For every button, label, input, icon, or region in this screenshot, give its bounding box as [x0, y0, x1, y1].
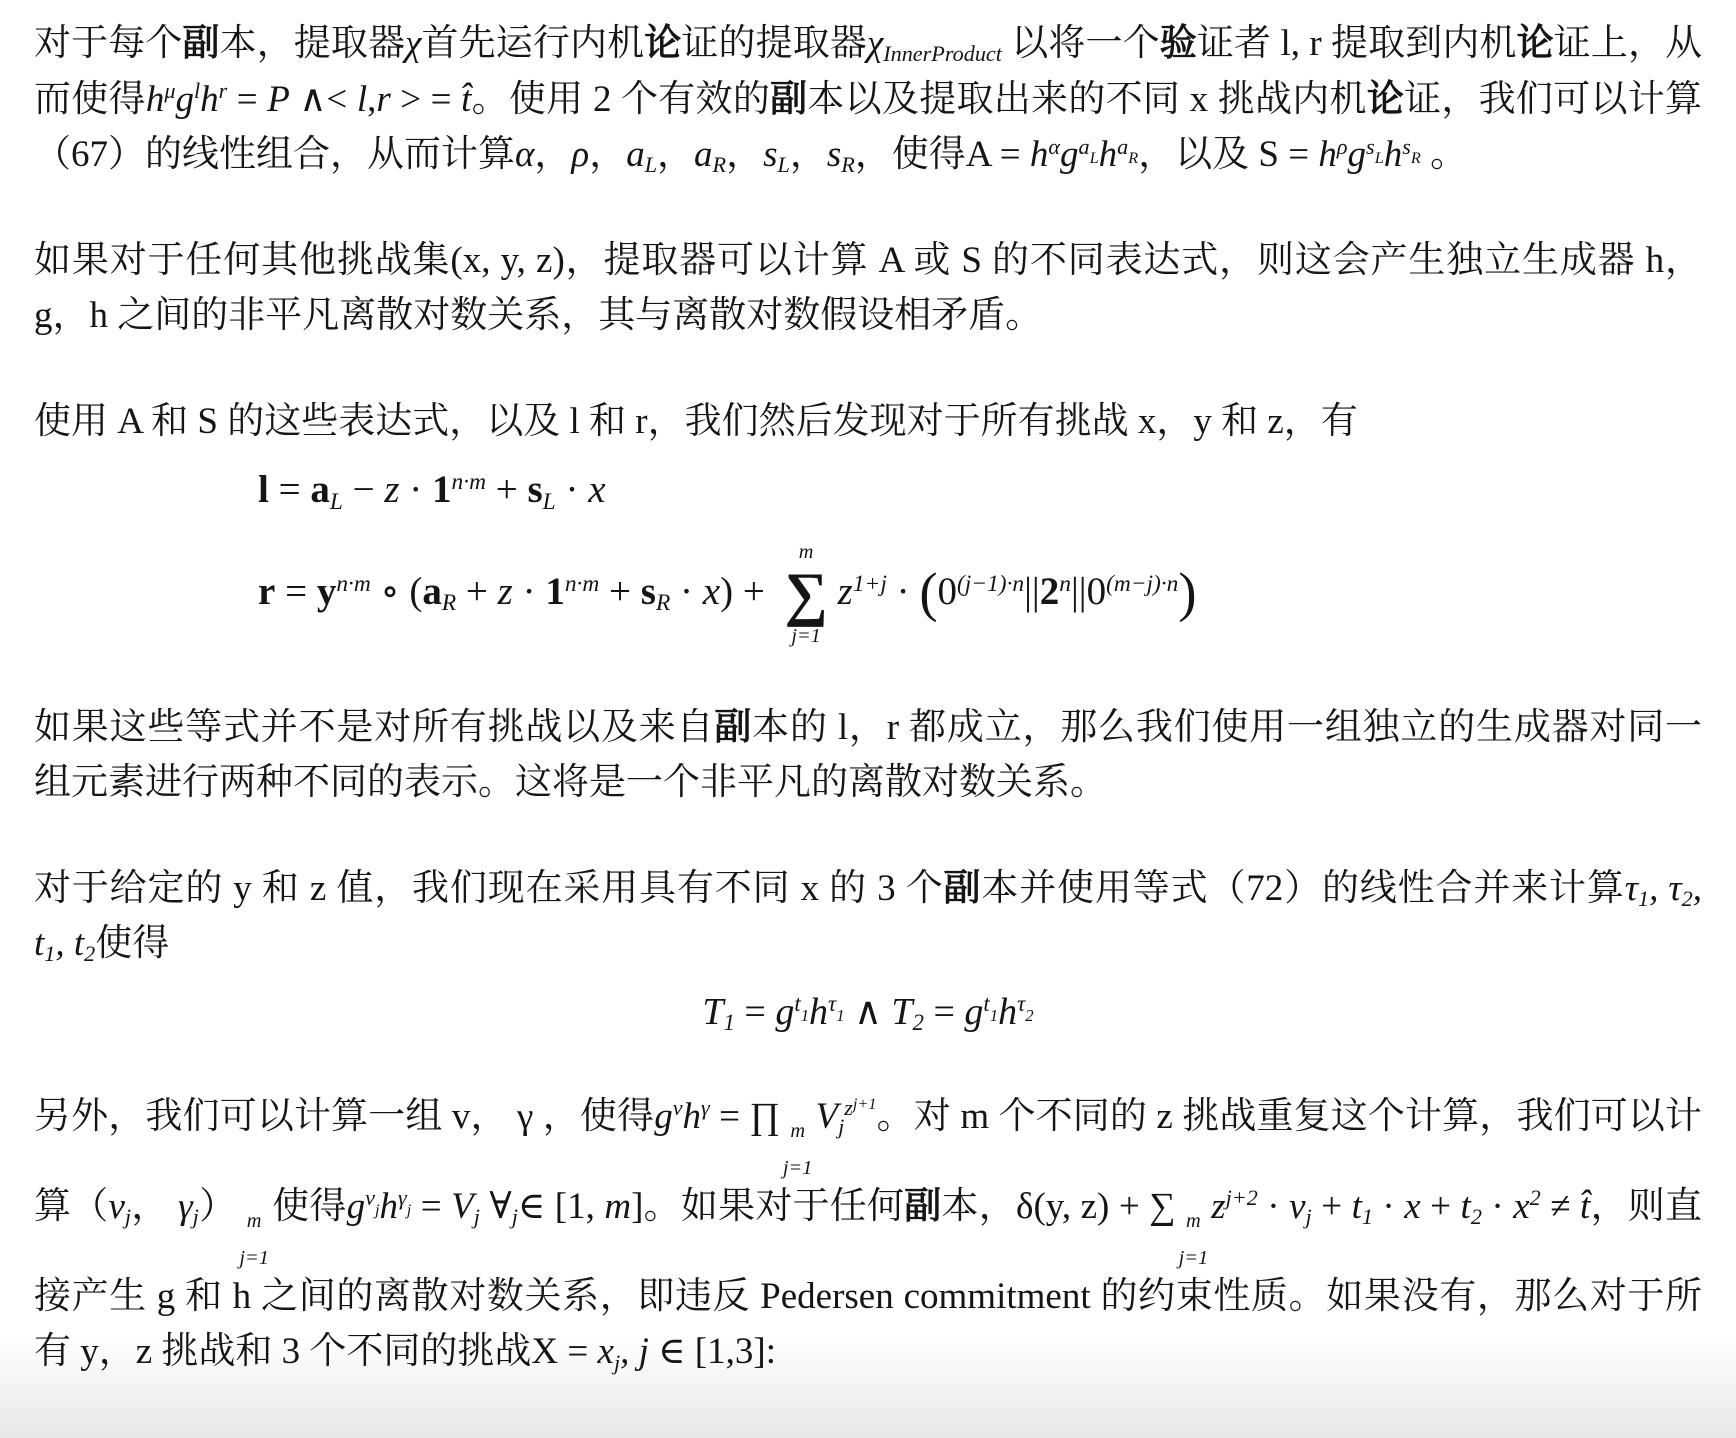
- text-segment: j: [375, 1200, 380, 1219]
- text-segment: a: [310, 468, 330, 511]
- text-segment: x: [598, 1331, 614, 1372]
- text-segment: (m−j)·n: [1106, 571, 1178, 597]
- equation-line-r: r = yn·m ∘ (aR + z · 1n·m + sR · x) + m∑…: [258, 542, 1702, 648]
- text-segment: g: [1060, 134, 1079, 175]
- text-segment: s: [827, 134, 841, 175]
- text-segment: x: [588, 468, 605, 511]
- text-segment: γ: [178, 1186, 193, 1227]
- text-segment: =: [227, 79, 267, 120]
- text-segment: h: [683, 1096, 702, 1137]
- text-segment: ·: [1482, 1186, 1513, 1227]
- text-segment: h: [809, 991, 828, 1033]
- text-segment: =: [411, 1186, 451, 1227]
- text-segment: j: [614, 1350, 620, 1375]
- text-segment: ρ: [1337, 134, 1348, 159]
- text-segment: h: [146, 79, 165, 120]
- text-segment: z: [844, 1095, 853, 1120]
- text-segment: 2: [1530, 1185, 1541, 1210]
- text-segment: L: [1090, 148, 1099, 167]
- text-segment: mj=1: [1179, 1211, 1209, 1269]
- text-segment: γ: [701, 1095, 710, 1120]
- text-segment: +: [1312, 1186, 1352, 1227]
- text-segment: L: [543, 489, 556, 515]
- text-segment: h: [200, 79, 219, 120]
- text-segment: ||0: [1071, 569, 1106, 612]
- text-segment: 1: [1362, 1204, 1373, 1229]
- text-segment: ，使得A =: [855, 134, 1030, 175]
- text-segment: j+2: [1226, 1185, 1258, 1210]
- text-segment: v: [673, 1095, 683, 1120]
- text-segment: ∧: [845, 991, 892, 1033]
- text-segment: j: [474, 1204, 480, 1229]
- text-segment: +: [456, 569, 498, 612]
- text-segment: ）: [199, 1186, 236, 1227]
- text-segment: 证的提取器: [681, 23, 867, 64]
- supsub-bottom: j=1: [239, 1248, 269, 1268]
- paragraph-expressions-intro: 使用 A 和 S 的这些表达式，以及 l 和 r，我们然后发现对于所有挑战 x，…: [34, 394, 1702, 450]
- text-segment: ∘ (: [371, 569, 423, 612]
- text-segment: ρ: [571, 134, 589, 175]
- text-segment: mj=1: [783, 1121, 813, 1179]
- text-segment: ·: [1373, 1186, 1404, 1227]
- text-segment: h: [1030, 134, 1049, 175]
- text-segment: l: [357, 79, 367, 120]
- text-segment: InnerProduct: [883, 41, 1002, 66]
- text-segment: ，: [790, 134, 827, 175]
- text-segment: g: [1348, 134, 1367, 175]
- text-segment: g: [654, 1096, 673, 1137]
- text-segment: l: [194, 78, 200, 103]
- text-segment: α: [515, 134, 534, 175]
- text-segment: z: [498, 569, 513, 612]
- text-segment: t: [794, 991, 800, 1016]
- text-segment: V: [451, 1186, 474, 1227]
- paragraph-extractor-replay: 对于每个副本，提取器χ首先运行内机论证的提取器χInnerProduct 以将一…: [34, 16, 1702, 183]
- text-segment: r: [258, 569, 275, 612]
- text-segment: 对于每个: [34, 23, 182, 64]
- text-segment: 副: [944, 868, 982, 909]
- text-segment: R: [656, 590, 670, 616]
- text-segment: t̂: [1580, 1186, 1590, 1227]
- equation-block-lr: l = aL − z · 1n·m + sL · x r = yn·m ∘ (a…: [258, 461, 1702, 648]
- text-segment: 首先运行内机: [421, 23, 644, 64]
- text-segment: j: [125, 1204, 131, 1229]
- text-segment: +: [1421, 1186, 1461, 1227]
- text-segment: R: [442, 590, 456, 616]
- text-segment: g: [964, 991, 983, 1033]
- text-segment: 副: [770, 79, 807, 120]
- text-segment: L: [778, 152, 790, 177]
- text-segment: x: [1404, 1186, 1420, 1227]
- text-segment: 如果这些等式并不是对所有挑战以及来自: [34, 707, 714, 748]
- supsub-bottom: j=1: [1179, 1248, 1209, 1268]
- text-segment: ，: [657, 134, 694, 175]
- text-segment: t: [1352, 1186, 1362, 1227]
- text-segment: h: [1099, 134, 1118, 175]
- text-segment: T: [702, 991, 723, 1033]
- text-segment: a: [694, 134, 713, 175]
- text-segment: 1+j: [853, 571, 887, 597]
- text-segment: 使用 A 和 S 的这些表达式，以及 l 和 r，我们然后发现对于所有挑战 x，…: [34, 401, 1358, 442]
- text-segment: 如果对于任何其他挑战集(x, y, z)，提取器可以计算 A 或 S 的不同表达…: [34, 240, 1702, 337]
- text-segment: ,: [367, 79, 376, 120]
- text-segment: 1: [432, 468, 452, 511]
- text-segment: ∧<: [290, 79, 357, 120]
- text-segment: z: [1211, 1186, 1225, 1227]
- text-segment: ∏: [749, 1096, 779, 1137]
- text-segment: x: [703, 569, 720, 612]
- text-segment: 。: [1421, 134, 1467, 175]
- text-segment: 以将一个: [1002, 23, 1160, 64]
- text-segment: ) +: [720, 569, 774, 612]
- text-segment: 1: [990, 1006, 998, 1025]
- text-segment: ，: [589, 134, 626, 175]
- text-segment: 另外，我们可以计算一组 v， γ ，使得: [34, 1096, 654, 1137]
- text-segment: j: [193, 1204, 199, 1229]
- text-segment: a: [1117, 134, 1128, 159]
- text-segment: 0: [938, 569, 958, 612]
- text-segment: j: [1306, 1204, 1312, 1229]
- text-segment: T: [891, 991, 912, 1033]
- text-segment: r: [219, 78, 228, 103]
- text-segment: r: [376, 79, 390, 120]
- text-segment: 使得: [272, 1186, 347, 1227]
- text-segment: n·m: [565, 571, 599, 597]
- bigop-bottom: j=1: [791, 626, 820, 647]
- text-segment: l: [258, 468, 269, 511]
- text-segment: τ: [1625, 868, 1638, 909]
- text-segment: 论: [644, 23, 681, 64]
- text-segment: v: [1289, 1186, 1305, 1227]
- supsub-top: m: [1186, 1211, 1201, 1231]
- paragraph-pedersen-binding: 另外，我们可以计算一组 v， γ ，使得gvhγ = ∏mj=1Vjzj+1。对…: [34, 1089, 1702, 1380]
- text-segment: 2: [1682, 886, 1693, 911]
- text-segment: =: [924, 991, 964, 1033]
- text-segment: L: [330, 489, 343, 515]
- text-segment: s: [1366, 134, 1375, 159]
- text-segment: , j: [620, 1331, 649, 1372]
- text-segment: 本，δ(y, z) +: [942, 1186, 1150, 1227]
- text-segment: 2: [913, 1010, 924, 1035]
- text-segment: ≠: [1541, 1186, 1580, 1227]
- text-segment: h: [998, 991, 1017, 1033]
- text-segment: h: [379, 1186, 398, 1227]
- text-segment: ·: [670, 569, 703, 612]
- text-segment: n: [1059, 571, 1071, 597]
- text-segment: 1: [1638, 886, 1649, 911]
- text-segment: h: [1318, 134, 1337, 175]
- text-segment: s: [763, 134, 777, 175]
- text-segment: 2: [1025, 1006, 1033, 1025]
- text-segment: ||: [1024, 569, 1040, 612]
- text-segment: ∈ [1,: [518, 1186, 604, 1227]
- text-segment: ，: [726, 134, 763, 175]
- text-segment: 论: [1517, 23, 1554, 64]
- text-segment: 本以及提取出来的不同 x 挑战内机: [807, 79, 1366, 120]
- text-segment: , τ: [1649, 868, 1682, 909]
- text-segment: v: [108, 1186, 124, 1227]
- text-segment: R: [1128, 148, 1138, 167]
- text-segment: h: [1384, 134, 1403, 175]
- text-segment: 1: [44, 941, 55, 966]
- text-segment: V: [815, 1096, 838, 1137]
- text-segment: ∀: [480, 1186, 512, 1227]
- text-segment: x: [1513, 1186, 1529, 1227]
- text-segment: 使得: [95, 923, 169, 964]
- text-segment: 副: [904, 1186, 941, 1227]
- text-segment: g: [347, 1186, 366, 1227]
- text-segment: t̂: [461, 79, 471, 120]
- text-segment: L: [645, 152, 657, 177]
- text-segment: ·: [513, 569, 546, 612]
- text-segment: n·m: [336, 571, 370, 597]
- text-segment: =: [735, 991, 775, 1033]
- text-segment: ·: [400, 468, 433, 511]
- text-segment: R: [713, 152, 727, 177]
- text-segment: g: [175, 79, 194, 120]
- text-segment: χ: [867, 23, 883, 64]
- text-segment: 1: [836, 1006, 844, 1025]
- text-segment: y: [317, 569, 337, 612]
- text-segment: ): [1178, 561, 1196, 622]
- text-segment: =: [275, 569, 317, 612]
- text-segment: =: [269, 468, 311, 511]
- text-segment: 。使用 2 个有效的: [471, 79, 770, 120]
- text-segment: α: [1048, 134, 1060, 159]
- paragraph-three-replays: 对于给定的 y 和 z 值，我们现在采用具有不同 x 的 3 个副本并使用等式（…: [34, 861, 1702, 972]
- bigop-top: m: [799, 542, 814, 563]
- text-segment: ，: [534, 134, 571, 175]
- equation-line-l: l = aL − z · 1n·m + sL · x: [258, 461, 1702, 520]
- text-segment: n·m: [452, 469, 486, 495]
- text-segment: −: [343, 468, 385, 511]
- text-segment: ∈ [1,3]:: [649, 1331, 776, 1372]
- text-segment: 2: [1471, 1204, 1482, 1229]
- text-segment: ∑: [1149, 1186, 1175, 1227]
- text-segment: ·: [887, 569, 920, 612]
- text-segment: χ: [405, 23, 421, 64]
- equation-T1-T2: T1 = gt1hτ1 ∧ T2 = gt1hτ2: [34, 984, 1702, 1041]
- text-segment: 副: [182, 23, 219, 64]
- text-segment: j: [512, 1204, 518, 1229]
- text-segment: 本并使用等式（72）的线性合并来计算: [981, 868, 1624, 909]
- text-segment: R: [1411, 148, 1421, 167]
- text-segment: 验: [1160, 23, 1197, 64]
- text-segment: 本，提取器: [220, 23, 406, 64]
- text-segment: +: [486, 468, 528, 511]
- text-segment: a: [422, 569, 442, 612]
- text-segment: a: [1079, 134, 1090, 159]
- supsub-top: m: [247, 1211, 262, 1231]
- text-segment: 1: [801, 1006, 809, 1025]
- text-segment: ，: [131, 1186, 178, 1227]
- text-segment: ·: [1258, 1186, 1289, 1227]
- supsub-top: m: [790, 1121, 805, 1141]
- text-segment: (: [919, 561, 937, 622]
- text-segment: 对于给定的 y 和 z 值，我们现在采用具有不同 x 的 3 个: [34, 868, 944, 909]
- text-segment: 2: [84, 941, 95, 966]
- text-segment: s: [641, 569, 656, 612]
- text-segment: s: [527, 468, 542, 511]
- text-segment: R: [841, 152, 855, 177]
- text-segment: z: [384, 468, 399, 511]
- text-segment: (j−1)·n: [957, 571, 1024, 597]
- bigop-main: ∑: [785, 563, 828, 626]
- text-segment: =: [710, 1096, 750, 1137]
- paragraph-challenge-set: 如果对于任何其他挑战集(x, y, z)，提取器可以计算 A 或 S 的不同表达…: [34, 233, 1702, 344]
- text-segment: v: [365, 1185, 375, 1210]
- text-segment: a: [626, 134, 645, 175]
- text-segment: ]。如果对于任何: [631, 1186, 904, 1227]
- text-segment: 证者 l, r 提取到内机: [1197, 23, 1517, 64]
- text-segment: j+1: [853, 1094, 877, 1113]
- text-segment: 副: [714, 707, 752, 748]
- supsub-bottom: j=1: [783, 1158, 813, 1178]
- text-segment: m∑j=1: [785, 542, 828, 648]
- text-segment: ·: [556, 468, 589, 511]
- text-segment: , t: [55, 923, 84, 964]
- text-segment: m: [604, 1186, 631, 1227]
- text-segment: t: [983, 991, 989, 1016]
- text-segment: t: [1461, 1186, 1471, 1227]
- text-segment: P: [267, 79, 290, 120]
- text-segment: 1: [724, 1010, 735, 1035]
- text-segment: L: [1375, 148, 1384, 167]
- text-segment: 2: [1040, 569, 1060, 612]
- text-segment: +: [599, 569, 641, 612]
- text-segment: mj=1: [239, 1211, 269, 1269]
- text-segment: z: [838, 569, 853, 612]
- text-segment: g: [775, 991, 794, 1033]
- text-segment: s: [1402, 134, 1411, 159]
- text-segment: γ: [398, 1185, 407, 1210]
- paragraph-equalities-hold: 如果这些等式并不是对所有挑战以及来自副本的 l，r 都成立，那么我们使用一组独立…: [34, 700, 1702, 811]
- document-page: 对于每个副本，提取器χ首先运行内机论证的提取器χInnerProduct 以将一…: [34, 16, 1702, 1380]
- text-segment: 1: [545, 569, 565, 612]
- text-segment: μ: [164, 78, 175, 103]
- text-segment: > =: [391, 79, 461, 120]
- text-segment: ，以及 S =: [1138, 134, 1318, 175]
- text-segment: 论: [1367, 79, 1404, 120]
- text-segment: τ: [828, 991, 836, 1016]
- text-segment: j: [407, 1200, 412, 1219]
